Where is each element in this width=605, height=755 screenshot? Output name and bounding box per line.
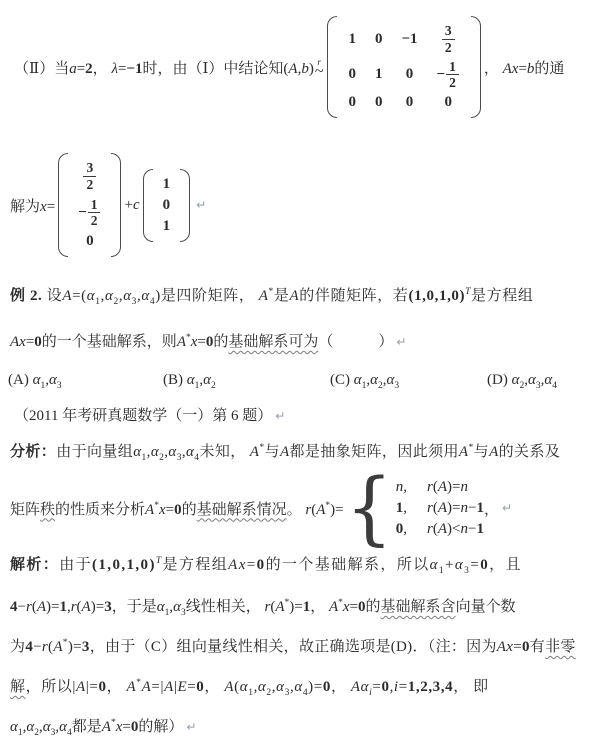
example2-line1: 例 2. 设A=(α1,α2,α3,α4)是四阶矩阵， A*是A的伴随矩阵，若(… — [10, 284, 598, 305]
matrix-cell: 32 — [441, 23, 456, 55]
general-solution-line: 解为x= 32 −12 0 +c 1 0 1 ↵ — [10, 142, 206, 268]
jiexi-line1: 解析：由于(1,0,1,0)T是方程组Ax=0的一个基础解系，所以α1+α3=0… — [10, 553, 600, 574]
left-brace: { — [346, 469, 393, 547]
option-b: (B) α1,α2 — [163, 372, 330, 389]
option-c-value: α1,α2,α3 — [354, 372, 399, 388]
cases-cell: r(A)<n−1 — [427, 521, 484, 538]
cases-cell: 0, — [396, 521, 407, 538]
example2-line2-text: Ax=0的一个基础解系，则A*x=0的基础解系可为（ ） — [10, 334, 393, 350]
paren-right — [111, 153, 121, 256]
vector-cell: 0 — [163, 197, 171, 214]
paren-left — [58, 153, 68, 256]
matrix-cell: 0 — [348, 66, 356, 83]
solution-text-pre: 解为x= — [10, 195, 55, 216]
example2-line2: Ax=0的一个基础解系，则A*x=0的基础解系可为（ ）↵ — [10, 330, 598, 351]
matrix-cell: −12 — [437, 59, 460, 91]
augmented-matrix: 1 0 −1 32 0 1 0 −12 0 0 0 0 — [327, 16, 480, 117]
jiexi-line5-text: α1,α2,α3,α4都是A*x=0的解） — [10, 719, 183, 735]
paren-left — [327, 16, 337, 117]
cases-cell: 1, — [396, 500, 407, 517]
source-citation-text: （2011 年考研真题数学（一）第 6 题） — [14, 408, 272, 424]
source-citation-line: （2011 年考研真题数学（一）第 6 题）↵ — [14, 404, 285, 425]
option-c-label: (C) — [330, 372, 350, 388]
tilde-superscript-r: r — [317, 58, 321, 67]
analysis-line1: 分析：由于向量组α1,α2,α3,α4未知， A*与A都是抽象矩阵，因此须用A*… — [10, 440, 598, 461]
paragraph-mark: ↵ — [196, 198, 206, 212]
cases-cell: n, — [396, 479, 407, 496]
matrix-cell: 1 — [375, 66, 383, 83]
matrix-cell: −1 — [401, 31, 417, 48]
matrix-grid: 1 0 −1 32 0 1 0 −12 0 0 0 0 — [337, 16, 470, 117]
vector-cell: 1 — [163, 176, 171, 193]
paragraph-mark: ↵ — [396, 335, 406, 349]
option-b-label: (B) — [163, 372, 183, 388]
cases-grid: n, r(A)=n 1, r(A)=n−1 0, r(A)<n−1 — [396, 479, 484, 538]
solution-plus-c: +c — [124, 197, 139, 214]
matrix-cell: 0 — [406, 66, 414, 83]
vector-grid: 1 0 1 — [153, 169, 181, 242]
matrix-cell: 0 — [375, 94, 383, 111]
answer-options-row: (A) α1,α3 (B) α1,α2 (C) α1,α2,α3 (D) α2,… — [8, 372, 598, 389]
jiexi-line3: 为4−r(A*)=3，由于（C）组向量线性相关，故正确选项是(D)．（注：因为A… — [10, 635, 600, 656]
matrix-cell: 0 — [444, 94, 452, 111]
vector-cell: −12 — [78, 197, 101, 229]
homogeneous-solution-vector: 1 0 1 — [143, 169, 191, 242]
particular-solution-vector: 32 −12 0 — [58, 153, 121, 256]
jiexi-line4: 解，所以|A|=0， A*A=|A|E=0， A(α1,α2,α3,α4)=0，… — [10, 675, 600, 696]
jiexi-line2: 4−r(A)=1,r(A)=3，于是α1,α3线性相关， r(A*)=1， A*… — [10, 595, 600, 616]
part2-text-post: ， Ax=b的通 — [484, 57, 565, 78]
matrix-cell: 0 — [406, 94, 414, 111]
option-a: (A) α1,α3 — [8, 372, 163, 389]
cases-cell: r(A)=n−1 — [427, 500, 484, 517]
vector-cell: 32 — [82, 160, 97, 192]
option-b-value: α1,α2 — [187, 372, 216, 388]
paragraph-mark: ↵ — [186, 720, 196, 734]
option-d-value: α2,α3,α4 — [512, 372, 557, 388]
analysis-line2: 矩阵秩的性质来分析A*x=0的基础解系情况。 r(A*)= { n, r(A)=… — [10, 468, 512, 548]
matrix-cell: 1 — [348, 31, 356, 48]
paragraph-mark: ↵ — [275, 409, 285, 423]
analysis-line2-comma: ， — [484, 498, 499, 519]
vector-cell: 1 — [163, 218, 171, 235]
part2-text-pre: （Ⅱ）当a=2， λ=−1时，由（Ⅰ）中结论知(A,b) — [14, 57, 314, 78]
document-page: （Ⅱ）当a=2， λ=−1时，由（Ⅰ）中结论知(A,b) r ~ 1 0 −1 … — [0, 0, 605, 755]
vector-cell: 0 — [86, 233, 94, 250]
cases-cell: r(A)=n — [427, 479, 468, 496]
matrix-cell: 0 — [375, 31, 383, 48]
paren-left — [143, 169, 153, 242]
vector-grid: 32 −12 0 — [68, 153, 111, 256]
option-c: (C) α1,α2,α3 — [330, 372, 487, 389]
paragraph-mark: ↵ — [502, 501, 512, 515]
jiexi-line5: α1,α2,α3,α4都是A*x=0的解）↵ — [10, 715, 600, 736]
row-equivalence-tilde: r ~ — [315, 55, 324, 80]
option-a-label: (A) — [8, 372, 29, 388]
paren-right — [471, 16, 481, 117]
option-a-value: α1,α3 — [33, 372, 62, 388]
option-d-label: (D) — [487, 372, 508, 388]
analysis-line2-text: 矩阵秩的性质来分析A*x=0的基础解系情况。 r(A*)= — [10, 498, 344, 519]
rank-cases-formula: { n, r(A)=n 1, r(A)=n−1 0, r(A)<n−1 — [346, 472, 484, 544]
paren-right — [180, 169, 190, 242]
part2-statement-line: （Ⅱ）当a=2， λ=−1时，由（Ⅰ）中结论知(A,b) r ~ 1 0 −1 … — [14, 8, 599, 126]
matrix-cell: 0 — [348, 94, 356, 111]
option-d: (D) α2,α3,α4 — [487, 372, 557, 389]
